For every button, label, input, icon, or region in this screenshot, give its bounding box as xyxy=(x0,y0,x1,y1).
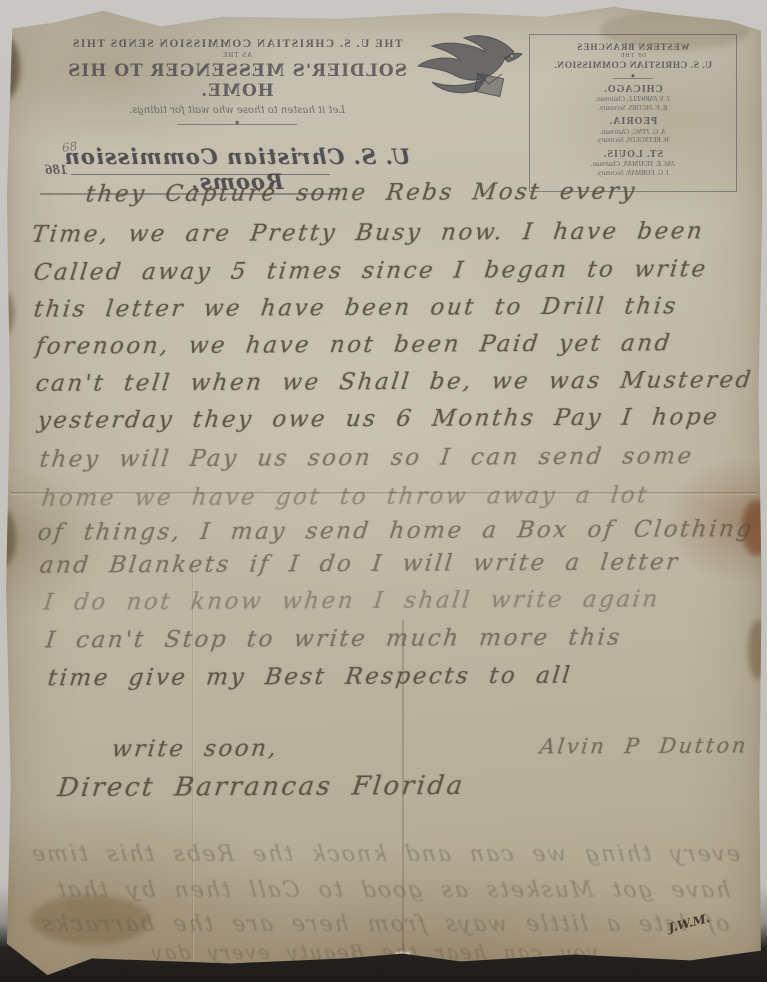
branch-person: J. G. FORMAN, Secretary. xyxy=(530,170,736,178)
letter-paper: THE U. S. CHRISTIAN COMMISSION SENDS THI… xyxy=(0,0,767,982)
letter-line: I do not know when I shall write again xyxy=(42,586,661,615)
branches-commission: U. S. CHRISTIAN COMMISSION. xyxy=(530,61,736,73)
branch-person: J. V. FARWELL, Chairman, xyxy=(530,96,736,104)
bottom-tear xyxy=(396,952,410,974)
bleedthrough-line: you can hear the Beauty every day xyxy=(149,942,600,964)
letter-line: yesterday they owe us 6 Months Pay I hop… xyxy=(36,404,721,434)
bleedthrough-line: of late a little ways from here are the … xyxy=(38,912,730,937)
letter-line: Called away 5 times since I began to wri… xyxy=(32,256,709,286)
stain-right-low xyxy=(748,620,767,680)
branch-person: JAS. E. YEATMAN, Chairman, xyxy=(530,161,736,169)
letter-line: home we have got to throw away a lot xyxy=(40,482,650,511)
branches-title: WESTERN BRANCHES xyxy=(530,42,736,53)
letter-line: they will Pay us soon so I can send some xyxy=(38,443,695,472)
date-rule xyxy=(72,174,331,175)
letter-line: forenoon, we have not been Paid yet and xyxy=(34,330,673,359)
letter-line: Time, we are Pretty Busy now. I have bee… xyxy=(30,218,705,248)
letter-signature: Alvin P Dutton xyxy=(539,733,750,758)
branch-person: A. G. TYNG, Chairman, xyxy=(530,129,736,137)
branch-person: W. REYNOLDS, Secretary. xyxy=(530,137,736,145)
letter-line: can't tell when we Shall be, we was Must… xyxy=(34,367,754,397)
branch-city-stlouis: ST. LOUIS. xyxy=(530,149,736,162)
branch-city-peoria: PEORIA. xyxy=(530,116,736,129)
letterhead-top-line: THE U. S. CHRISTIAN COMMISSION SENDS THI… xyxy=(37,38,437,50)
letter-line: of things, I may send home a Box of Clot… xyxy=(36,516,755,546)
bleedthrough-line: every thing we can and knock the Rebs th… xyxy=(28,842,741,867)
letter-direction: Direct Barrancas Florida xyxy=(56,771,466,803)
letterhead-divider xyxy=(177,122,297,128)
branch-person: B. F. JACOBS, Secretary. xyxy=(530,105,736,113)
bleedthrough-line: have got Muskets as good to Call then by… xyxy=(53,878,731,903)
branches-divider xyxy=(613,76,653,81)
stain-left-lower xyxy=(0,510,16,566)
letter-line: they Capture some Rebs Most every xyxy=(84,179,638,208)
western-branches-box: WESTERN BRANCHES OF THE U. S. CHRISTIAN … xyxy=(529,34,737,192)
date-year: 186 xyxy=(45,162,68,179)
letterhead-motto: Let it hasten to those who wait for tidi… xyxy=(37,105,437,116)
letter-line: I can't Stop to write much more this xyxy=(44,624,623,653)
letter-line: and Blankets if I do I will write a lett… xyxy=(38,549,681,578)
letterhead-main-line: SOLDIER'S MESSENGER TO HIS HOME. xyxy=(37,61,437,101)
letter-line: time give my Best Respects to all xyxy=(46,663,573,692)
page-number-note: 68 xyxy=(61,139,78,155)
printed-date-line: 186 xyxy=(45,162,330,179)
branch-city-chicago: CHICAGO. xyxy=(530,84,736,97)
stain-left-mid xyxy=(0,290,14,336)
letterhead-as-the: AS THE xyxy=(37,51,437,59)
letter-closing: write soon, xyxy=(110,736,279,763)
branches-ofthe: OF THE xyxy=(530,53,736,61)
dove-with-letter-icon xyxy=(402,30,532,114)
scanned-letter-page: { "colors": { "paper_base": "#c3bcab", "… xyxy=(0,0,767,982)
letter-line: this letter we have been out to Drill th… xyxy=(32,293,679,322)
